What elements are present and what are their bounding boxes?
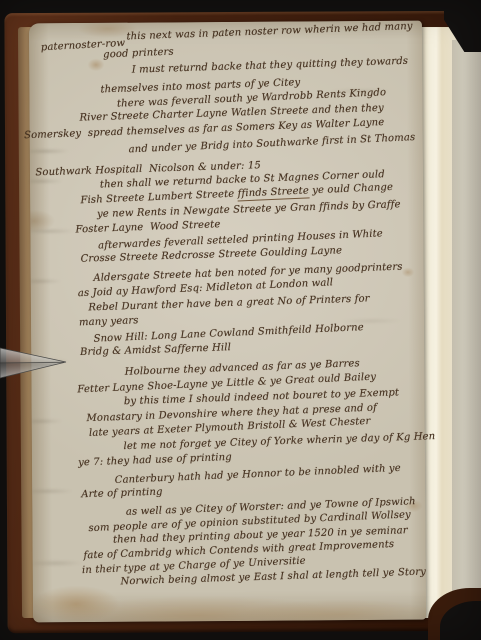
manuscript-text: paternoster-row this next was in paten n… <box>20 11 435 624</box>
photo-stage: paternoster-row this next was in paten n… <box>0 0 481 640</box>
page-holder-clip <box>0 345 72 381</box>
manuscript-line: I must returnd backe that they quitting … <box>132 56 409 76</box>
outer-page-band <box>452 40 481 602</box>
manuscript-line: Canterbury hath had ye Honnor to be inno… <box>115 463 401 486</box>
manuscript-line: Bridg & Amidst Safferne Hill <box>80 342 231 358</box>
manuscript-line: Foster Layne Wood Streete <box>75 219 220 235</box>
manuscript-page: paternoster-row this next was in paten n… <box>29 21 426 623</box>
manuscript-line: good printers <box>103 47 174 61</box>
manuscript-line: Arte of printing <box>81 487 163 501</box>
manuscript-line: many years <box>79 315 139 328</box>
manuscript-line: this next was in paten noster row wherin… <box>126 21 412 42</box>
manuscript-line: ye 7: they had use of printing <box>78 452 232 469</box>
